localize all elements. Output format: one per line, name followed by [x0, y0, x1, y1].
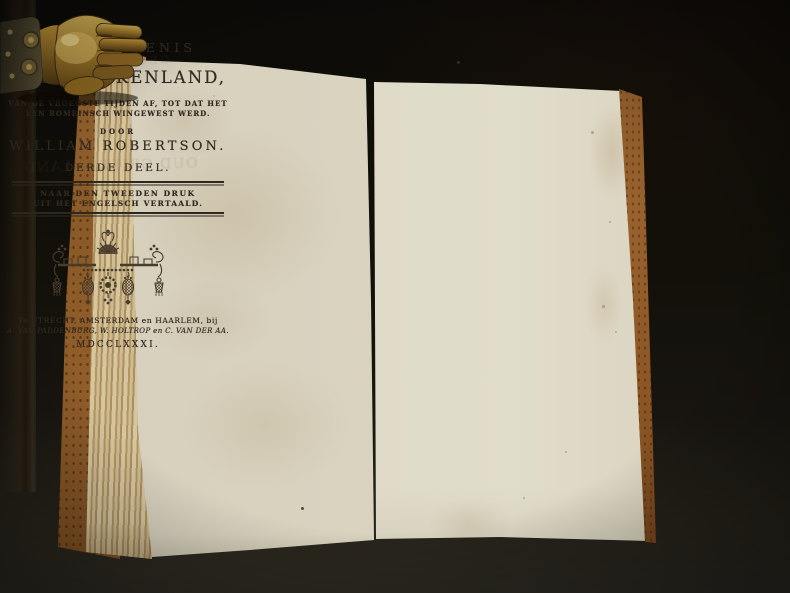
ornament-drawing [53, 230, 163, 305]
foxing-spot [591, 131, 594, 134]
imprint-year: MDCCLXXXI. [0, 340, 236, 350]
imprint-cities: Te UTRECHT, AMSTERDAM en HAARLEM, bij [0, 316, 236, 325]
door-word: DOOR [0, 127, 236, 136]
brass-hand-clasp-icon [0, 0, 150, 106]
speck [457, 61, 460, 64]
book-photo-scene: GESCHIEDENIS OUD GRIEKENLAND, DERDE DEEL… [0, 0, 790, 593]
edition-line: NAAR DEN TWEEDEN DRUK [12, 189, 224, 198]
foxing-spot [602, 305, 605, 308]
volume-label: DERDE DEEL. [0, 162, 236, 174]
imprint-publishers: A. VAN PADDENBURG, W. HOLTROP en C. VAN … [0, 327, 236, 335]
foxing-spot [213, 95, 215, 97]
edition-rule-box: NAAR DEN TWEEDEN DRUK UIT HET ENGELSCH V… [12, 181, 224, 217]
foxing-spot [565, 451, 567, 453]
printer-ornament-icon [42, 228, 174, 310]
foxing-spot [609, 221, 611, 223]
edition-line: UIT HET ENGELSCH VERTAALD. [12, 199, 224, 208]
author-name: WILLIAM ROBERTSON. [0, 139, 236, 154]
foxing-spot [615, 331, 617, 333]
speck [301, 507, 304, 510]
double-rule [12, 181, 224, 186]
double-rule [12, 212, 224, 217]
foxing-spot [523, 497, 525, 499]
hand-drawing [0, 15, 147, 105]
subtitle-line: EEN ROMEINSCH WINGEWEST WERD. [0, 109, 236, 118]
